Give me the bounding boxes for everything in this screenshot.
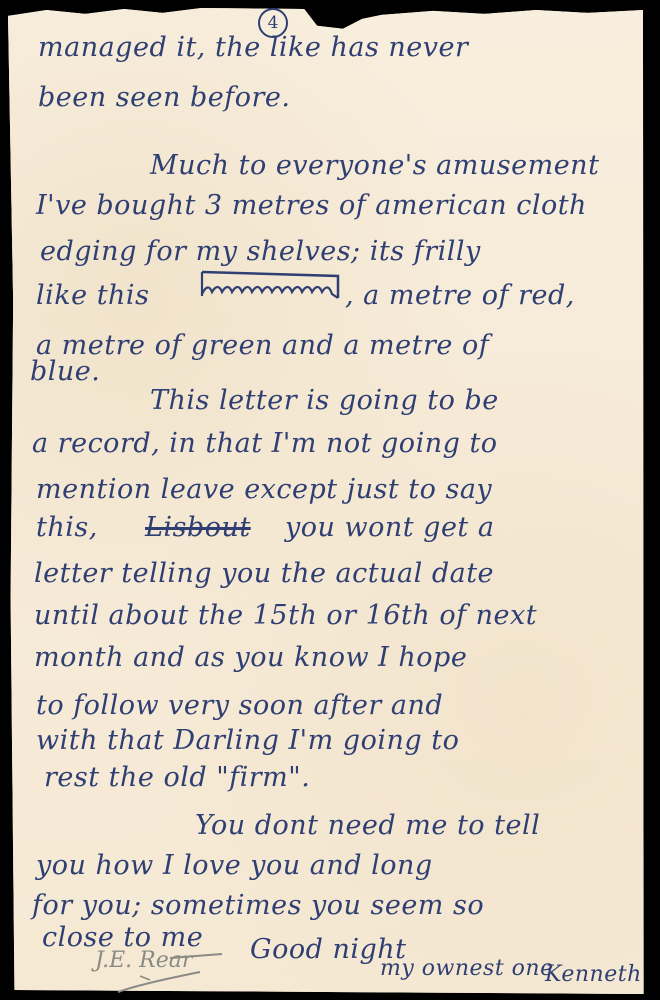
frill-drawing-icon xyxy=(200,268,340,302)
letter-line: like this xyxy=(36,280,149,311)
letter-line: letter telling you the actual date xyxy=(34,558,494,589)
letter-line: until about the 15th or 16th of next xyxy=(34,600,537,631)
letter-line: This letter is going to be xyxy=(150,385,499,416)
struck-out-word: Lisbout xyxy=(145,512,251,543)
letter-line: for you; sometimes you seem so xyxy=(32,890,484,921)
letter-line: a record, in that I'm not going to xyxy=(32,428,498,459)
letter-line: blue. xyxy=(30,356,100,387)
letter-line: a metre of green and a metre of xyxy=(36,330,489,361)
letter-line: managed it, the like has never xyxy=(38,32,468,63)
letter-line: , a metre of red, xyxy=(345,280,575,311)
letter-line: with that Darling I'm going to xyxy=(36,725,459,756)
letter-line: to follow very soon after and xyxy=(36,690,443,721)
letter-line: rest the old "firm". xyxy=(44,762,310,793)
letter-line: Much to everyone's amusement xyxy=(150,150,599,181)
signature: Kenneth xyxy=(545,962,642,987)
letter-line: this, xyxy=(36,512,98,543)
pencil-underline-icon xyxy=(100,950,230,1000)
letter-line: mention leave except just to say xyxy=(36,474,492,505)
letter-line: been seen before. xyxy=(38,82,290,113)
closing-line: my ownest one xyxy=(380,956,554,981)
letter-line: you how I love you and long xyxy=(36,850,433,881)
letter-line: month and as you know I hope xyxy=(34,642,467,673)
letter-line: I've bought 3 metres of american cloth xyxy=(36,190,587,221)
letter-line: You dont need me to tell xyxy=(195,810,540,841)
letter-line: you wont get a xyxy=(285,512,494,543)
letter-line: edging for my shelves; its frilly xyxy=(40,236,481,267)
